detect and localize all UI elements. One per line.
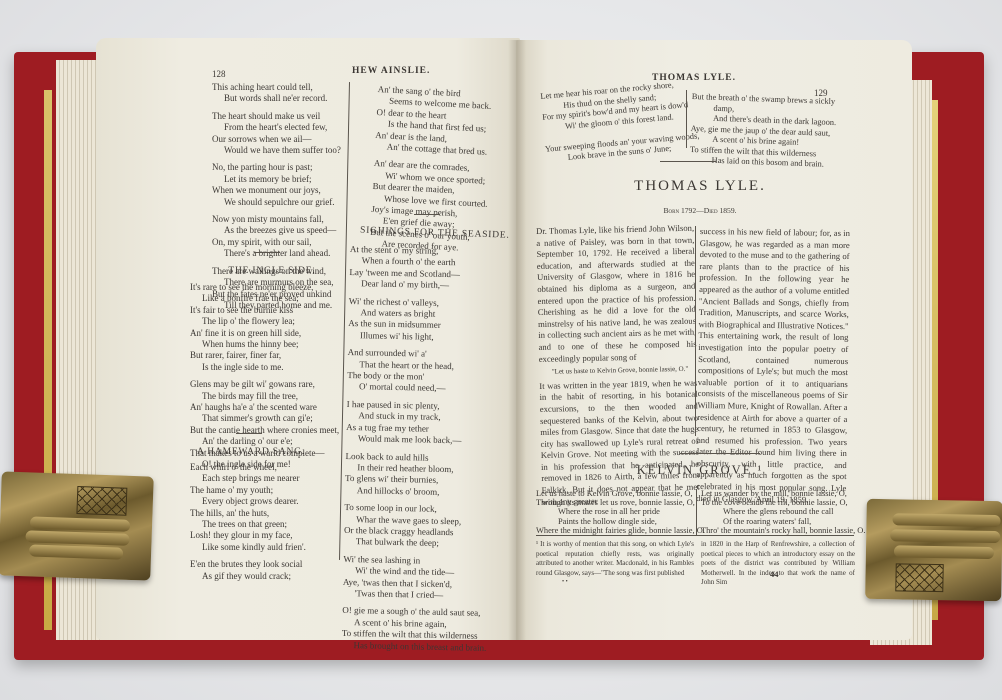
finger xyxy=(892,513,1000,527)
verse-line: That bulwark the deep; xyxy=(344,536,489,550)
divider-rule xyxy=(414,214,440,215)
verse-line: Paints the hollow dingle side, xyxy=(536,517,705,526)
verse-line: The lip o' the flowery lea; xyxy=(190,316,339,327)
poem-hameward-sang: Each whirl o' the wheel,Each step brings… xyxy=(190,462,306,588)
verse-line: An' fine it is on green hill side, xyxy=(190,328,339,339)
verse-line: Dear land o' my birth,— xyxy=(349,278,494,292)
verse-line: It's rare to see the morning bleeze, xyxy=(190,282,339,293)
finger xyxy=(25,530,129,546)
brass-hand-weight-left[interactable] xyxy=(0,471,154,580)
left-page-number: 128 xyxy=(212,69,226,80)
stanza: Wi' the richest o' valleys,And waters as… xyxy=(348,296,494,345)
poem-title-kelvin-grove: KELVIN GROVE.¹ xyxy=(580,465,820,476)
column-divider xyxy=(695,226,696,436)
verse-line: This aching heart could tell, xyxy=(212,82,341,93)
lattice-cuff-icon xyxy=(76,486,127,516)
verse-line: Like a bonfire frae the sea; xyxy=(190,293,339,304)
footnote-rule xyxy=(536,535,854,536)
verse-line: We should sepulchre our grief. xyxy=(212,197,341,208)
stanza: O! gie me a sough o' the auld saut sea,A… xyxy=(341,605,487,654)
divider-rule xyxy=(254,252,280,253)
verse-line: Would mak me look back,— xyxy=(346,433,491,447)
stanza: E'en the brutes they look socialAs gif t… xyxy=(190,559,306,582)
verse-line: No, the parting hour is past; xyxy=(212,162,341,173)
verse-line: The hame o' my youth; xyxy=(190,485,306,496)
verse-line: It's fair to see the burnie kiss xyxy=(190,305,339,316)
verse-line: 'Twas then that I cried— xyxy=(343,588,488,602)
kelvin-grove-col1: Let us haste to Kelvin Grove, bonnie las… xyxy=(536,489,705,535)
verse-line: An' haughs ha'e a' the scented ware xyxy=(190,402,339,413)
verse-line: The trees on that green; xyxy=(190,519,306,530)
verse-line: Has brought on this breast and brain. xyxy=(341,640,486,654)
verse-line: To the cove beside the rill, bonnie lass… xyxy=(701,498,865,507)
verse-line: As the breezes give us speed— xyxy=(212,225,341,236)
biography-dates: Born 1792—Died 1859. xyxy=(630,205,770,216)
verse-line: The birds may fill the tree, xyxy=(190,391,339,402)
verse-line: When hums the hinny bee; xyxy=(190,339,339,350)
right-top-poem-col2: But the breath o' the swamp brews a sick… xyxy=(689,92,837,171)
stanza: The heart should make us veilFrom the he… xyxy=(212,111,341,157)
stanza: An' the sang o' the birdSeems to welcome… xyxy=(374,84,493,158)
verse-line: E'en the brutes they look social xyxy=(190,559,306,570)
verse-line: Our sorrows when we ail— xyxy=(212,134,341,145)
verse-line: Every object grows dearer. xyxy=(190,496,306,507)
verse-line: Through its mazes let us rove, bonnie la… xyxy=(536,498,705,507)
verse-line: When we monument our joys, xyxy=(212,185,341,196)
finger xyxy=(30,516,130,531)
stanza: Each whirl o' the wheel,Each step brings… xyxy=(190,462,306,553)
verse-line: There's a brighter land ahead. xyxy=(212,248,341,259)
stanza: To some loop in our lock,Whar the wave g… xyxy=(344,502,490,551)
finger xyxy=(29,544,123,559)
divider-rule xyxy=(236,433,262,434)
stanza: I hae paused in sic plenty,And stuck in … xyxy=(346,399,492,448)
biography-title: THOMAS LYLE. xyxy=(580,181,820,192)
stanza: Wi' the sea lashing inWi' the wind and t… xyxy=(343,554,489,603)
stanza: This aching heart could tell,But words s… xyxy=(212,82,341,105)
verse-line: As gif they would crack; xyxy=(190,571,306,582)
poem-title-ingle-side: THE INGLE SIDE. xyxy=(222,266,322,277)
verse-line: That simmer's growth can gi'e; xyxy=(190,413,339,424)
verse-line: But rarer, fairer, finer far, xyxy=(190,350,339,361)
verse-line: Is the ingle side to me. xyxy=(190,362,339,373)
signature-mark: 44 xyxy=(770,569,779,580)
poem-title-hameward-sang: A HAMEWARD SANG. xyxy=(196,447,306,458)
verse-line: Each step brings me nearer xyxy=(190,473,306,484)
divider-rule xyxy=(660,161,716,162)
verse-line: Thro' the mountain's rocky hall, bonnie … xyxy=(701,526,865,535)
verse-line: An' the darling o' our e'e; xyxy=(190,436,339,447)
footnote-mark: • • xyxy=(562,577,568,588)
stanza: It's rare to see the morning bleeze,Like… xyxy=(190,282,339,373)
verse-line: But words shall ne'er record. xyxy=(212,93,341,104)
verse-line: O' mortal could need,— xyxy=(347,381,492,395)
verse-line: Let us wander by the mill, bonnie lassie… xyxy=(701,489,865,498)
verse-line: Would we have them suffer too? xyxy=(212,145,341,156)
verse-line: Now yon misty mountains fall, xyxy=(212,214,341,225)
stanza: At the stent o' my string,When a fourth … xyxy=(349,244,495,293)
verse-line: Each whirl o' the wheel, xyxy=(190,462,306,473)
stanza: An' dear are the comrades,Wi' whom we on… xyxy=(369,158,489,255)
brass-hand-weight-right[interactable] xyxy=(865,499,1002,601)
right-top-poem-col1: Let me hear his roar on the rocky shore,… xyxy=(540,79,701,166)
verse-line: And hillocks o' broom, xyxy=(345,485,490,499)
verse-line: Where the midnight fairies glide, bonnie… xyxy=(536,526,705,535)
stanza: No, the parting hour is past;Let its mem… xyxy=(212,162,341,208)
stanza: And surrounded wi' a'That the heart or t… xyxy=(347,347,493,396)
verse-line: Let us haste to Kelvin Grove, bonnie las… xyxy=(536,489,705,498)
verse-line: But the cantie hearth where cronies meet… xyxy=(190,425,339,436)
verse-line: Let its memory be brief; xyxy=(212,174,341,185)
left-running-head: HEW AINSLIE. xyxy=(352,66,430,77)
finger xyxy=(894,545,994,559)
poem-sighings-seaside: At the stent o' my string,When a fourth … xyxy=(341,244,494,660)
verse-line: Glens may be gilt wi' gowans rare, xyxy=(190,379,339,390)
verse-line: The hills, an' the huts, xyxy=(190,508,306,519)
verse-line: On, my spirit, with our sail, xyxy=(212,237,341,248)
verse-line: Where the rose in all her pride xyxy=(536,507,705,516)
verse-line: Where the glens rebound the call xyxy=(701,507,865,516)
verse-line: Illumes wi' his light, xyxy=(348,330,493,344)
verse-line: The heart should make us veil xyxy=(212,111,341,122)
verse-line: Of the roaring waters' fall, xyxy=(701,517,865,526)
footnote-col1: ¹ It is worthy of mention that this song… xyxy=(536,540,694,578)
kelvin-grove-col2: Let us wander by the mill, bonnie lassie… xyxy=(701,489,865,535)
divider-rule xyxy=(680,453,760,454)
verse-line: From the heart's elected few, xyxy=(212,122,341,133)
column-divider xyxy=(696,489,697,535)
verse-line: Like some kindly auld frien'. xyxy=(190,542,306,553)
lattice-cuff-icon xyxy=(895,563,943,592)
stanza: Look back to auld hillsIn their red heat… xyxy=(345,450,491,499)
book-gutter xyxy=(508,40,526,640)
column-divider xyxy=(686,90,687,148)
finger xyxy=(890,529,1000,543)
verse-line: Losh! they glour in my face, xyxy=(190,530,306,541)
